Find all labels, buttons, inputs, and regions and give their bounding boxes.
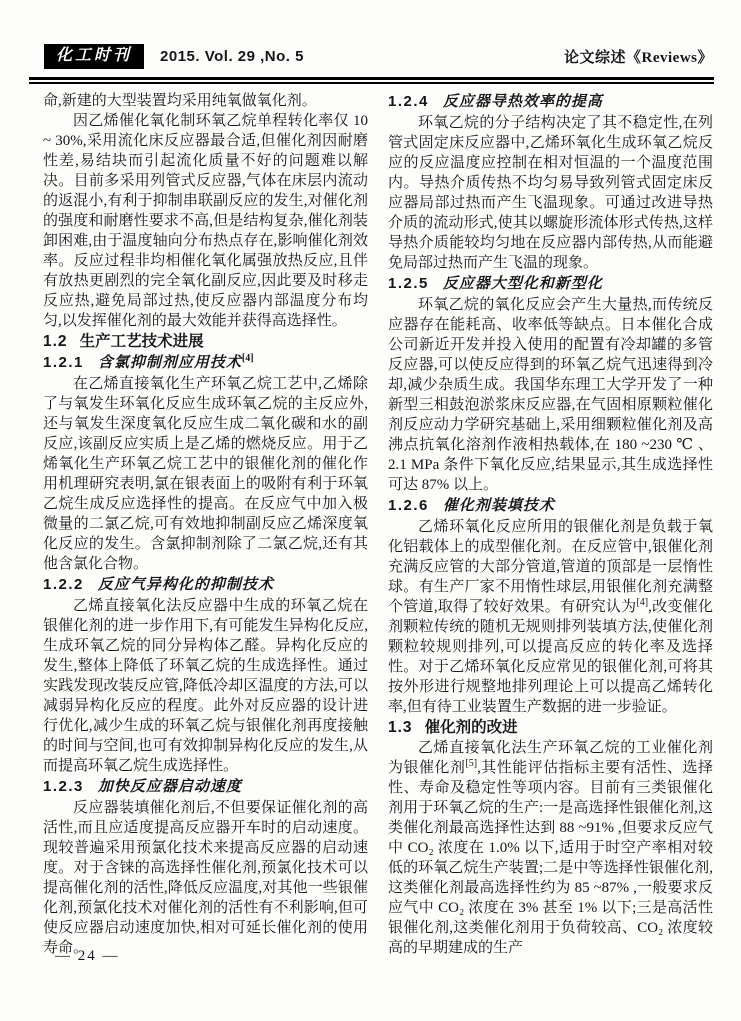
heading-title: 催化剂装填技术: [443, 498, 555, 514]
reference-marker: [4]: [636, 597, 648, 608]
subsection-heading-1-2-4: 1.2.4反应器导热效率的提高: [388, 91, 713, 113]
heading-title: 含氯抑制剂应用技术: [98, 355, 242, 371]
heading-number: 1.2.4: [388, 93, 429, 110]
journal-logo: 化工时刊: [44, 44, 144, 69]
divider-thick-line: [29, 77, 714, 80]
journal-page: 化工时刊 2015. Vol. 29 ,No. 5 论文综述《Reviews》 …: [0, 0, 741, 1021]
heading-title: 反应器导热效率的提高: [443, 94, 603, 110]
paragraph: 环氧乙烷的分子结构决定了其不稳定性,在列管式固定床反应器中,乙烯环氧化生成环氧乙…: [388, 113, 713, 273]
paragraph-text: ,改变催化剂颗粒传统的随机无规则排列装填方法,使催化剂颗粒较规则排列,可以提高反…: [388, 599, 713, 715]
section-heading-1-3: 1.3催化剂的改进: [388, 717, 713, 738]
heading-number: 1.3: [388, 719, 413, 736]
section-label: 论文综述《Reviews》: [564, 46, 713, 67]
divider-thin-line: [29, 82, 714, 84]
page-number: — 24 —: [55, 948, 120, 964]
paragraph: 反应器装填催化剂后,不但要保证催化剂的高活性,而且应适度提高反应器开车时的启动速…: [43, 798, 368, 958]
heading-title: 加快反应器启动速度: [98, 779, 242, 795]
paragraph: 因乙烯催化氧化制环氧乙烷单程转化率仅 10 ~ 30%,采用流化床反应器最合适,…: [43, 111, 368, 331]
paragraph: 乙烯环氧化反应所用的银催化剂是负载于氧化铝载体上的成型催化剂。在反应管中,银催化…: [388, 517, 713, 717]
heading-title: 反应气异构化的抑制技术: [98, 577, 274, 593]
paragraph: 乙烯直接氧化法生产环氧乙烷的工业催化剂为银催化剂[5],其性能评估指标主要有活性…: [388, 738, 713, 958]
heading-title: 生产工艺技术进展: [80, 333, 204, 350]
paragraph-text: ,其性能评估指标主要有活性、选择性、寿命及稳定性等项内容。目前有三类银催化剂用于…: [388, 760, 713, 956]
subsection-heading-1-2-1: 1.2.1含氯抑制剂应用技术[4]: [43, 352, 368, 374]
heading-number: 1.2.2: [43, 576, 84, 593]
paragraph: 命,新建的大型装置均采用纯氧做氧化剂。: [43, 91, 368, 111]
page-header: 化工时刊 2015. Vol. 29 ,No. 5 论文综述《Reviews》: [44, 44, 713, 69]
subsection-heading-1-2-6: 1.2.6催化剂装填技术: [388, 495, 713, 517]
right-column: 1.2.4反应器导热效率的提高 环氧乙烷的分子结构决定了其不稳定性,在列管式固定…: [388, 91, 713, 958]
heading-number: 1.2.6: [388, 497, 429, 514]
paragraph: 在乙烯直接氧化生产环氧乙烷工艺中,乙烯除了与氧发生环氧化反应生成环氧乙烷的主反应…: [43, 374, 368, 574]
reference-marker: [4]: [242, 353, 254, 364]
reference-marker: [5]: [465, 758, 477, 769]
subsection-heading-1-2-2: 1.2.2反应气异构化的抑制技术: [43, 574, 368, 596]
left-column: 命,新建的大型装置均采用纯氧做氧化剂。 因乙烯催化氧化制环氧乙烷单程转化率仅 1…: [43, 91, 368, 958]
heading-number: 1.2.3: [43, 778, 84, 795]
heading-number: 1.2: [43, 333, 68, 350]
section-heading-1-2: 1.2生产工艺技术进展: [43, 331, 368, 352]
heading-title: 催化剂的改进: [425, 719, 518, 736]
subsection-heading-1-2-5: 1.2.5反应器大型化和新型化: [388, 273, 713, 295]
heading-title: 反应器大型化和新型化: [443, 276, 603, 292]
heading-number: 1.2.1: [43, 354, 84, 371]
header-divider: [29, 77, 714, 84]
heading-number: 1.2.5: [388, 275, 429, 292]
subsection-heading-1-2-3: 1.2.3加快反应器启动速度: [43, 776, 368, 798]
issue-info: 2015. Vol. 29 ,No. 5: [160, 48, 304, 65]
paragraph: 环氧乙烷的氧化反应会产生大量热,而传统反应器存在能耗高、收率低等缺点。日本催化合…: [388, 295, 713, 495]
article-body: 命,新建的大型装置均采用纯氧做氧化剂。 因乙烯催化氧化制环氧乙烷单程转化率仅 1…: [43, 91, 713, 958]
page-footer: — 24 —: [55, 948, 120, 965]
paragraph: 乙烯直接氧化法反应器中生成的环氧乙烷在银催化剂的进一步作用下,有可能发生异构化反…: [43, 596, 368, 776]
